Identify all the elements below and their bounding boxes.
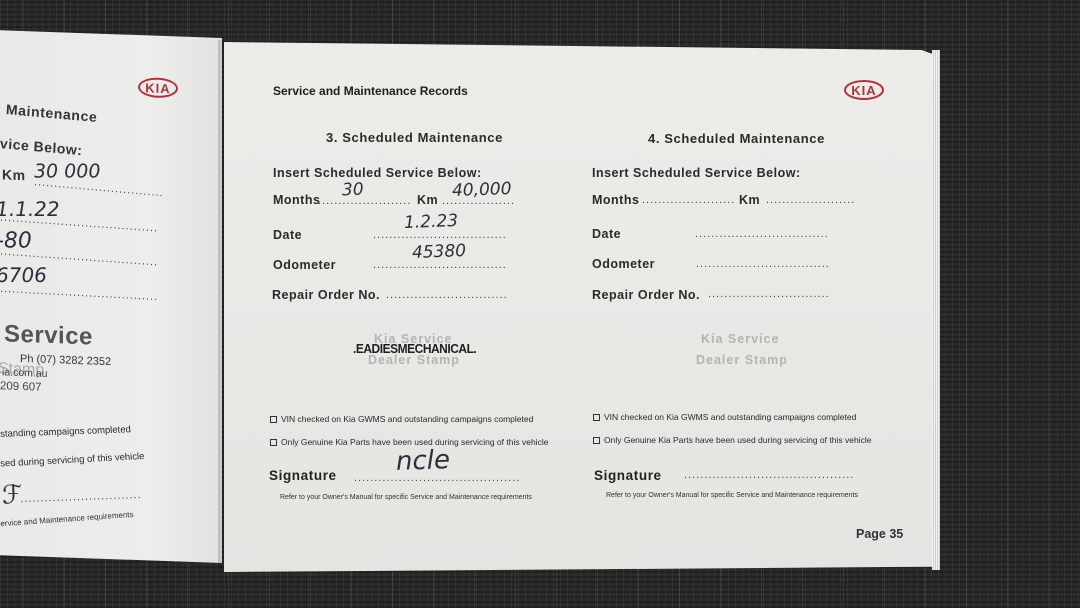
section-4-check-vin[interactable]: VIN checked on Kia GWMS and outstanding … — [593, 412, 856, 422]
page-number: Page 35 — [856, 527, 903, 541]
section-3-check-vin-label: VIN checked on Kia GWMS and outstanding … — [281, 414, 533, 424]
section-3-signature-value: ncle — [395, 445, 450, 477]
kia-logo-right: KIA — [844, 80, 884, 100]
section-4-insert-label: Insert Scheduled Service Below: — [592, 166, 801, 180]
section-4-months-label: Months — [592, 193, 639, 207]
section-4-signature-field[interactable]: ........................................… — [684, 469, 854, 481]
left-stamp-service: Service — [4, 320, 93, 351]
section-4-note: Refer to your Owner's Manual for specifi… — [606, 492, 858, 499]
section-4-months-field[interactable]: ....................... — [642, 194, 735, 206]
section-4-km-field[interactable]: ...................... — [766, 194, 855, 206]
section-3-km-value: 40,000 — [452, 179, 512, 201]
section-4-signature-label: Signature — [594, 468, 662, 483]
left-odometer-dots: ....................................... — [0, 283, 158, 303]
section-4-check-parts[interactable]: Only Genuine Kia Parts have been used du… — [593, 435, 871, 445]
section-4-date-label: Date — [592, 227, 621, 241]
section-3-date-label: Date — [273, 228, 302, 242]
section-3-title: 3. Scheduled Maintenance — [326, 130, 503, 145]
left-section-title: Maintenance — [6, 101, 98, 125]
kia-logo-left: KIA — [138, 77, 178, 98]
section-3-check-vin[interactable]: VIN checked on Kia GWMS and outstanding … — [270, 414, 533, 424]
left-km-label: Km — [2, 166, 26, 183]
left-note: ervice and Maintenance requirements — [0, 510, 134, 528]
section-3-repair-order-label: Repair Order No. — [272, 288, 380, 302]
section-4-stamp-line1: Kia Service — [701, 332, 779, 346]
left-check-vin: standing campaigns completed — [0, 424, 131, 440]
left-check-parts: sed during servicing of this vehicle — [0, 451, 145, 470]
section-3-odometer-label: Odometer — [273, 258, 336, 272]
section-4-odometer-field[interactable]: ................................. — [696, 258, 830, 270]
section-4-stamp-line2: Dealer Stamp — [696, 353, 788, 367]
section-3-months-field[interactable]: ....................... — [318, 195, 411, 207]
page-header: Service and Maintenance Records — [273, 84, 468, 98]
section-3-months-value: 30 — [342, 180, 364, 201]
section-4-odometer-label: Odometer — [592, 257, 655, 271]
page-edge — [932, 50, 940, 570]
section-3-odometer-value: 45380 — [412, 241, 467, 263]
section-4-repair-order-label: Repair Order No. — [592, 288, 700, 302]
right-page: Service and Maintenance Records KIA 3. S… — [224, 42, 936, 572]
section-4-check-parts-label: Only Genuine Kia Parts have been used du… — [604, 435, 871, 445]
section-4-check-vin-label: VIN checked on Kia GWMS and outstanding … — [604, 412, 856, 422]
section-3-signature-label: Signature — [269, 468, 337, 483]
section-3-repair-order-field[interactable]: .............................. — [386, 289, 508, 301]
left-signature-dots: .............................. — [20, 489, 142, 505]
section-4-date-field[interactable]: ................................. — [695, 228, 829, 240]
section-3-km-label: Km — [417, 193, 438, 207]
left-insert-label: vice Below: — [0, 135, 83, 158]
checkbox-icon[interactable] — [593, 414, 600, 421]
section-4-title: 4. Scheduled Maintenance — [648, 131, 825, 146]
section-3-note: Refer to your Owner's Manual for specifi… — [280, 494, 532, 501]
section-3-date-value: 1.2.23 — [404, 211, 459, 233]
section-4-repair-order-field[interactable]: .............................. — [708, 288, 830, 300]
left-stamp-web: ia.com.au — [2, 366, 48, 380]
section-3-insert-label: Insert Scheduled Service Below: — [273, 166, 482, 180]
checkbox-icon[interactable] — [270, 439, 277, 446]
section-3-months-label: Months — [273, 193, 320, 207]
section-4-km-label: Km — [739, 193, 760, 207]
left-page: KIA Maintenance vice Below: Km 30 000 ..… — [0, 30, 222, 563]
left-stamp-number: 209 607 — [0, 380, 42, 393]
checkbox-icon[interactable] — [270, 416, 277, 423]
section-3-dealer-stamp: .EADIESMECHANICAL. — [353, 341, 476, 356]
checkbox-icon[interactable] — [593, 437, 600, 444]
